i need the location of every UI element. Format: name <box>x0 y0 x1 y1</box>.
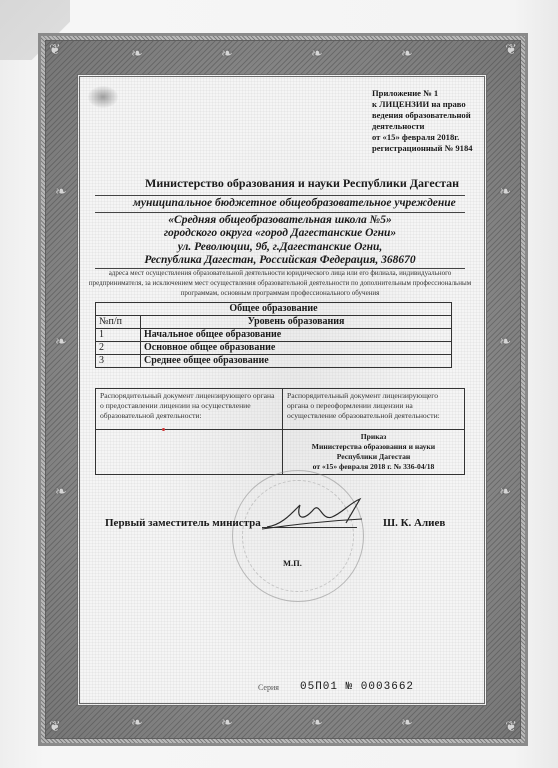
border-ornament-icon: ❧ <box>131 717 143 731</box>
address-line-1: ул. Революции, 9б, г.Дагестанские Огни, <box>95 241 465 253</box>
row-number: 2 <box>96 342 141 355</box>
reissue-document-description: Распорядительный документ лицензирующего… <box>283 389 465 430</box>
border-ornament-icon: ❧ <box>499 186 511 200</box>
table-row: Распорядительный документ лицензирующего… <box>96 389 465 430</box>
appendix-line: деятельности <box>372 121 482 132</box>
appendix-line: Приложение № 1 <box>372 88 482 99</box>
appendix-note: Приложение № 1 к ЛИЦЕНЗИИ на право веден… <box>372 88 482 154</box>
table-row: 1 Начальное общее образование <box>96 329 452 342</box>
ink-mark <box>162 428 165 431</box>
row-level: Основное общее образование <box>141 342 452 355</box>
organization-type: муниципальное бюджетное общеобразователь… <box>133 197 456 209</box>
border-ornament-icon: ❧ <box>499 336 511 350</box>
address-caption: адреса мест осуществления образовательно… <box>88 268 472 298</box>
order-line: Министерства образования и науки <box>287 442 460 452</box>
border-ornament-icon: ❧ <box>221 48 233 62</box>
order-line: Приказ <box>287 432 460 442</box>
reissue-document-value: Приказ Министерства образования и науки … <box>283 430 465 475</box>
address-line-2: Республика Дагестан, Российская Федераци… <box>95 254 465 266</box>
row-level: Среднее общее образование <box>141 355 452 368</box>
border-ornament-icon: ❧ <box>401 48 413 62</box>
table-title: Общее образование <box>96 303 452 316</box>
signer-name: Ш. К. Алиев <box>383 517 445 529</box>
border-ornament-icon: ❧ <box>131 48 143 62</box>
table-row: 3 Среднее общее образование <box>96 355 452 368</box>
column-header-level: Уровень образования <box>141 316 452 329</box>
signer-position: Первый заместитель министра <box>105 517 261 529</box>
border-ornament-icon: ❧ <box>311 717 323 731</box>
organization-name: «Средняя общеобразовательная школа №5» <box>95 214 465 226</box>
row-level: Начальное общее образование <box>141 329 452 342</box>
divider <box>95 212 465 213</box>
row-number: 3 <box>96 355 141 368</box>
series-number: 05П01 № 0003662 <box>300 681 414 693</box>
corner-ornament-icon: ❦ <box>505 721 517 735</box>
table-title-row: Общее образование <box>96 303 452 316</box>
border-ornament-icon: ❧ <box>311 48 323 62</box>
order-line: от «15» февраля 2018 г. № 336-04/18 <box>287 462 460 472</box>
border-ornament-icon: ❧ <box>499 486 511 500</box>
stamp-label: М.П. <box>283 558 302 568</box>
grant-document-value <box>96 430 283 475</box>
corner-ornament-icon: ❦ <box>49 721 61 735</box>
organization-city: городского округа «город Дагестанские Ог… <box>95 227 465 239</box>
corner-ornament-icon: ❦ <box>505 44 517 58</box>
grant-document-description: Распорядительный документ лицензирующего… <box>96 389 283 430</box>
row-number: 1 <box>96 329 141 342</box>
authority-documents-table: Распорядительный документ лицензирующего… <box>95 388 465 475</box>
appendix-line: от «15» февраля 2018г. <box>372 132 482 143</box>
table-row: Приказ Министерства образования и науки … <box>96 430 465 475</box>
order-line: Республики Дагестан <box>287 452 460 462</box>
appendix-line: регистрационный № 9184 <box>372 143 482 154</box>
series-label: Серия <box>258 683 279 692</box>
handwritten-signature-icon <box>262 495 372 535</box>
education-levels-table: Общее образование №п/п Уровень образован… <box>95 302 452 368</box>
ink-stain <box>88 86 118 108</box>
border-ornament-icon: ❧ <box>221 717 233 731</box>
ministry-title: Министерство образования и науки Республ… <box>145 176 459 191</box>
divider <box>95 195 465 196</box>
appendix-line: ведения образовательной <box>372 110 482 121</box>
border-ornament-icon: ❧ <box>55 336 67 350</box>
border-ornament-icon: ❧ <box>401 717 413 731</box>
appendix-line: к ЛИЦЕНЗИИ на право <box>372 99 482 110</box>
border-ornament-icon: ❧ <box>55 186 67 200</box>
table-header-row: №п/п Уровень образования <box>96 316 452 329</box>
table-row: 2 Основное общее образование <box>96 342 452 355</box>
corner-ornament-icon: ❦ <box>49 44 61 58</box>
border-ornament-icon: ❧ <box>55 486 67 500</box>
column-header-number: №п/п <box>96 316 141 329</box>
